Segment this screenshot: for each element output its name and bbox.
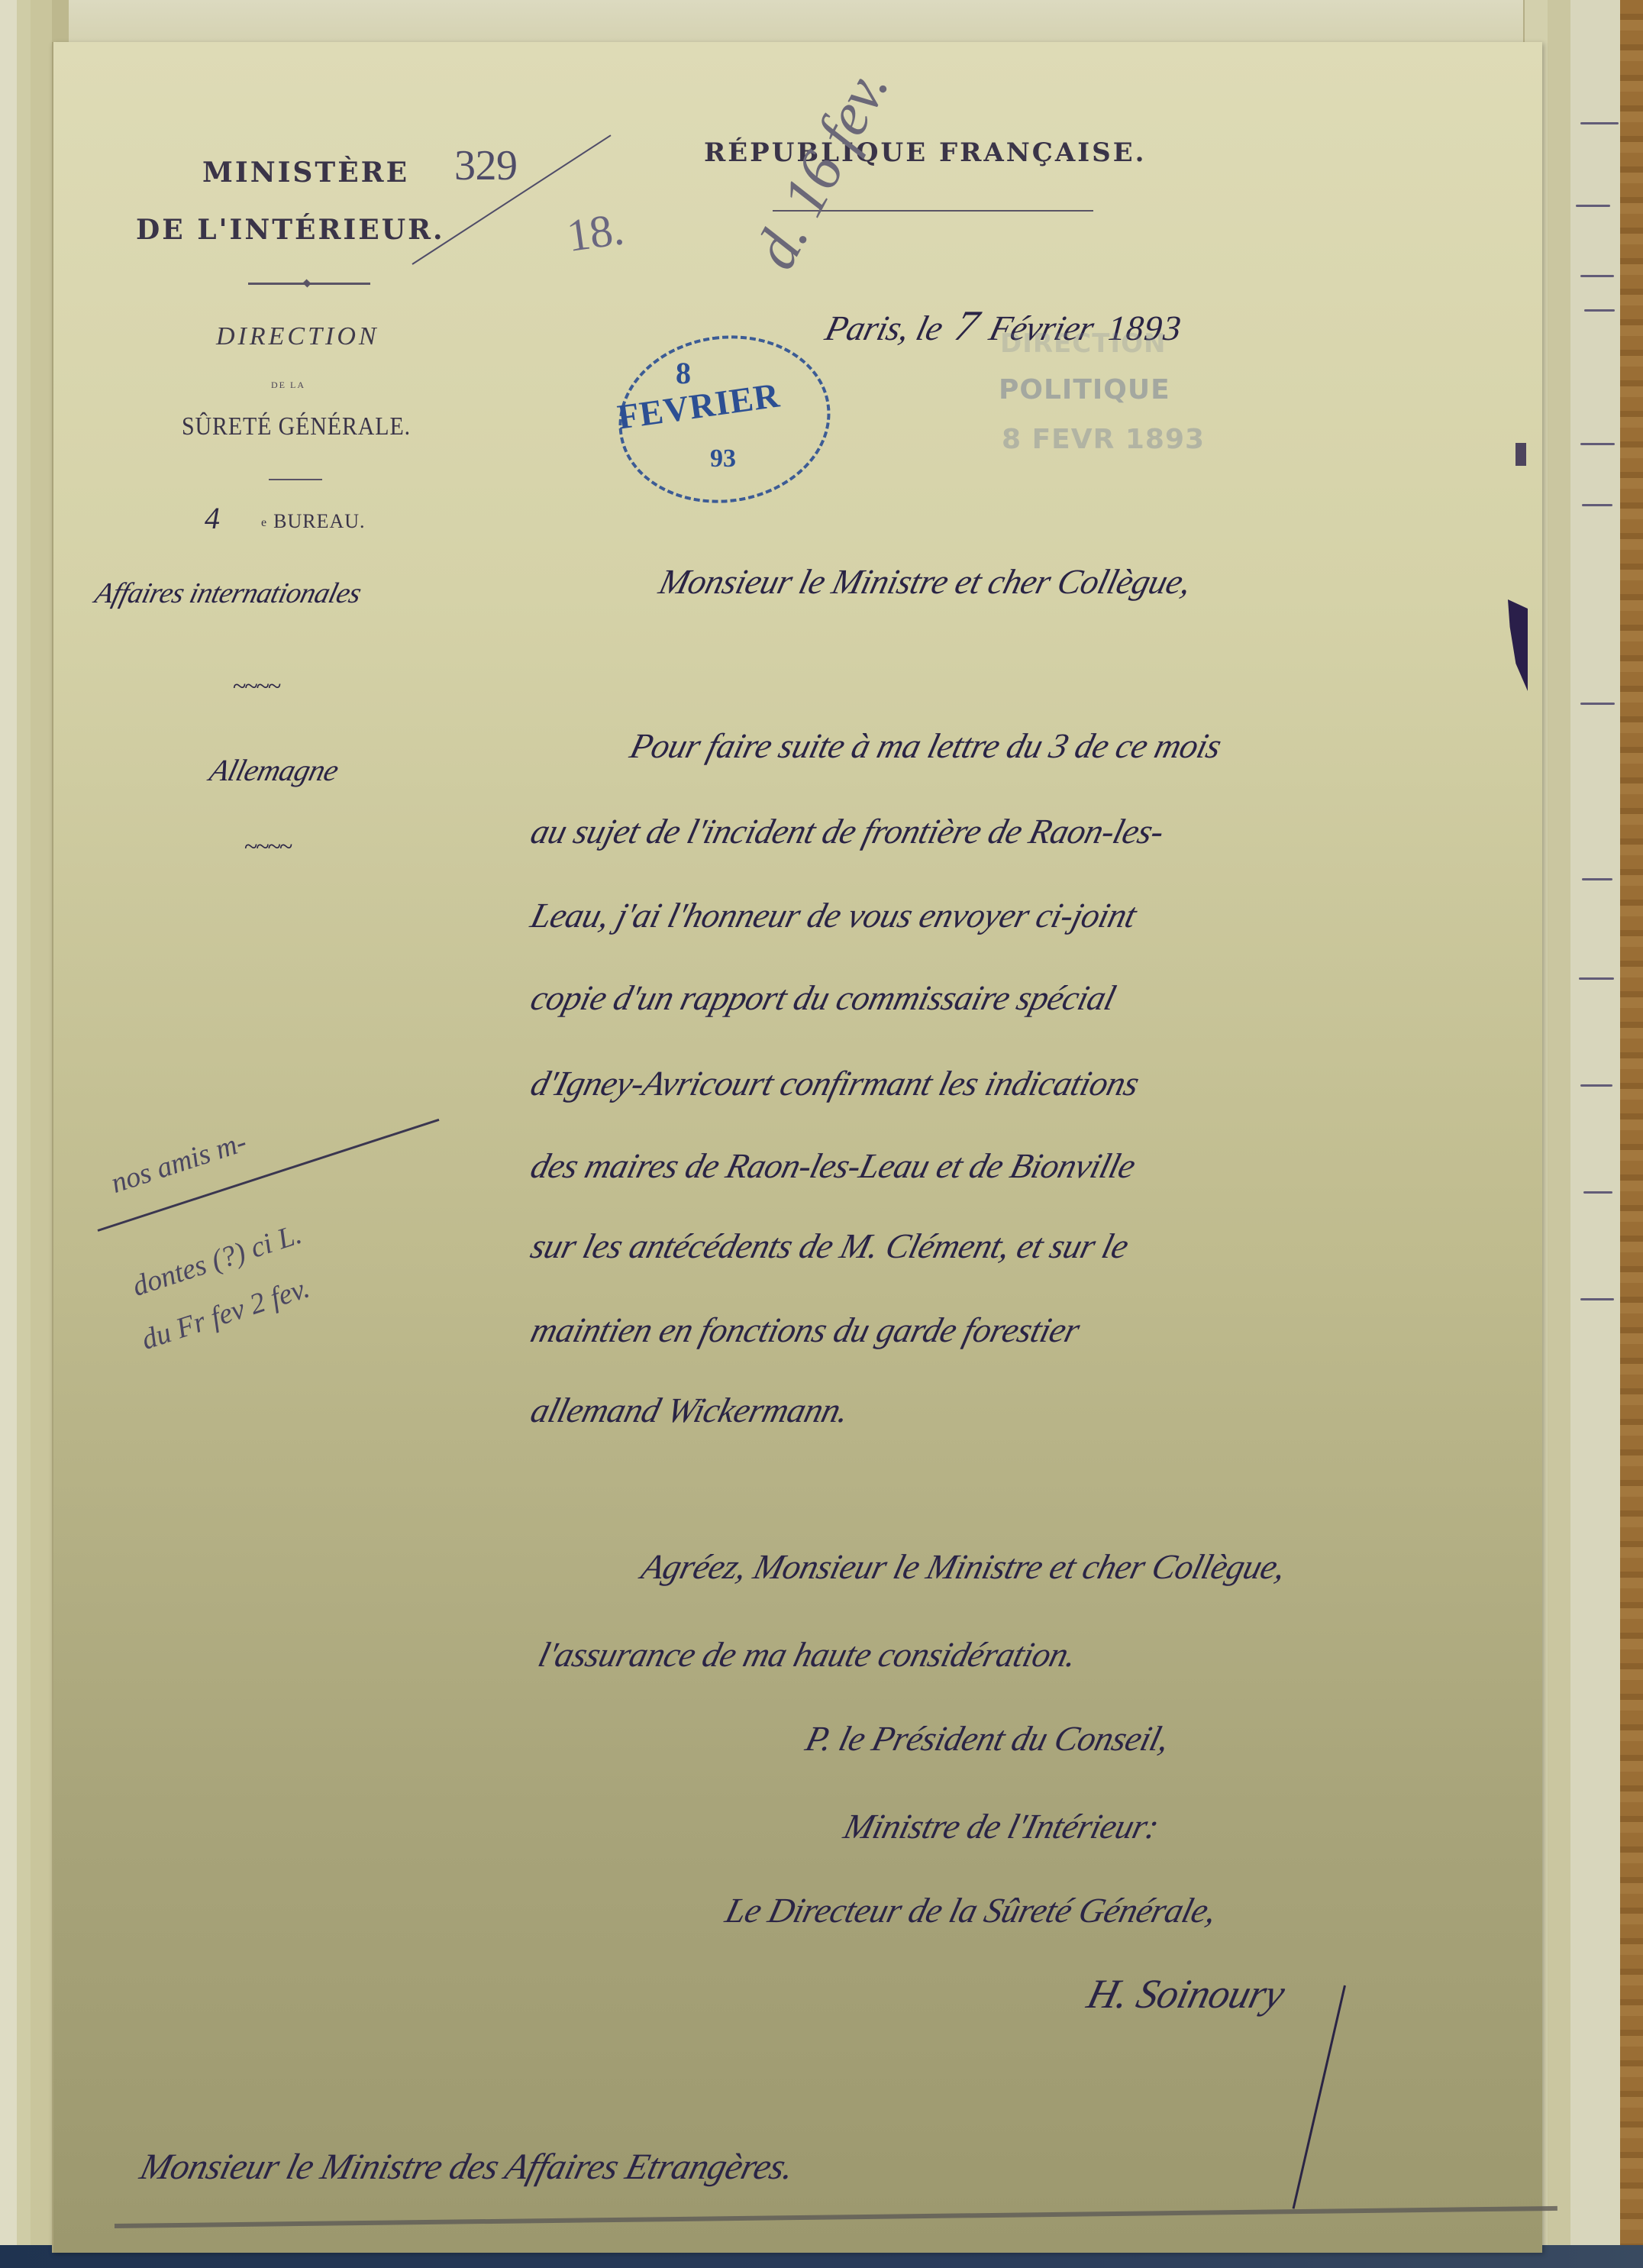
letter-salutation: Monsieur le Ministre et cher Collègue, (655, 561, 1196, 602)
closing-line-2: l'assurance de ma haute considération. (534, 1634, 1081, 1675)
date-place: Paris, le (821, 309, 947, 347)
body-line-9: allemand Wickermann. (527, 1390, 853, 1430)
body-line-1: Pour faire suite à ma lettre du 3 de ce … (626, 725, 1225, 766)
body-line-6: des maires de Raon-les-Leau et de Bionvi… (527, 1145, 1139, 1186)
signature: H. Soinoury (1083, 1970, 1290, 2018)
letterhead-small-rule (269, 479, 322, 480)
body-line-5: d'Igney-Avricourt confirmant les indicat… (527, 1063, 1143, 1103)
underlying-paper-ink-marks (1565, 0, 1619, 2268)
reference-number: 329 (454, 141, 518, 190)
underlying-paper-top (69, 0, 1565, 46)
body-line-4: copie d'un rapport du commissaire spécia… (527, 977, 1119, 1018)
bureau-suffix: e (261, 516, 267, 529)
date-day: 7 (951, 302, 983, 350)
bureau-label: BUREAU. (273, 510, 365, 532)
letter-addressee: Monsieur le Ministre des Affaires Etrang… (136, 2146, 799, 2188)
signature-block-line3: Le Directeur de la Sûreté Générale, (721, 1890, 1221, 1930)
letterhead-ministry-line1: MINISTÈRE (202, 157, 409, 189)
body-line-2: au sujet de l'incident de frontière de R… (527, 811, 1168, 851)
margin-country-allemagne: Allemagne (206, 752, 342, 788)
closing-line-1: Agréez, Monsieur le Ministre et cher Col… (638, 1546, 1290, 1587)
letterhead-surete-generale: SÛRETÉ GÉNÉRALE. (182, 412, 411, 441)
bureau-number-handwritten: 4 (205, 500, 220, 536)
margin-section-affaires: Affaires internationales (92, 577, 364, 610)
reference-secondary: 18. (563, 202, 626, 263)
letterhead-de-la: DE LA (271, 380, 305, 391)
direction-stamp-line1: DIRECTION (1000, 328, 1166, 359)
received-stamp-day: 8 (676, 355, 691, 391)
received-stamp-year: 93 (710, 444, 736, 473)
direction-stamp-line3: 8 FEVR 1893 (1002, 424, 1205, 455)
body-line-3: Leau, j'ai l'honneur de vous envoyer ci-… (527, 895, 1141, 935)
body-line-8: maintien en fonctions du garde forestier (527, 1310, 1084, 1350)
signature-block-line1: P. le Président du Conseil, (802, 1718, 1173, 1759)
margin-squiggle-1: ~~~~ (233, 672, 279, 700)
body-line-7: sur les antécédents de M. Clément, et su… (527, 1226, 1132, 1266)
direction-stamp-line2: POLITIQUE (999, 374, 1170, 405)
letterhead-ministry-line2: DE L'INTÉRIEUR. (136, 214, 445, 246)
letterhead-direction: DIRECTION (216, 322, 379, 351)
letterhead-bureau: eBUREAU. (261, 510, 366, 533)
letterhead-ornament-rule (248, 283, 370, 285)
letterhead-republique: RÉPUBLIQUE FRANÇAISE. (704, 137, 1146, 168)
margin-squiggle-2: ~~~~ (244, 832, 291, 861)
ink-spot (1515, 443, 1526, 466)
signature-block-line2: Ministre de l'Intérieur: (840, 1806, 1163, 1846)
